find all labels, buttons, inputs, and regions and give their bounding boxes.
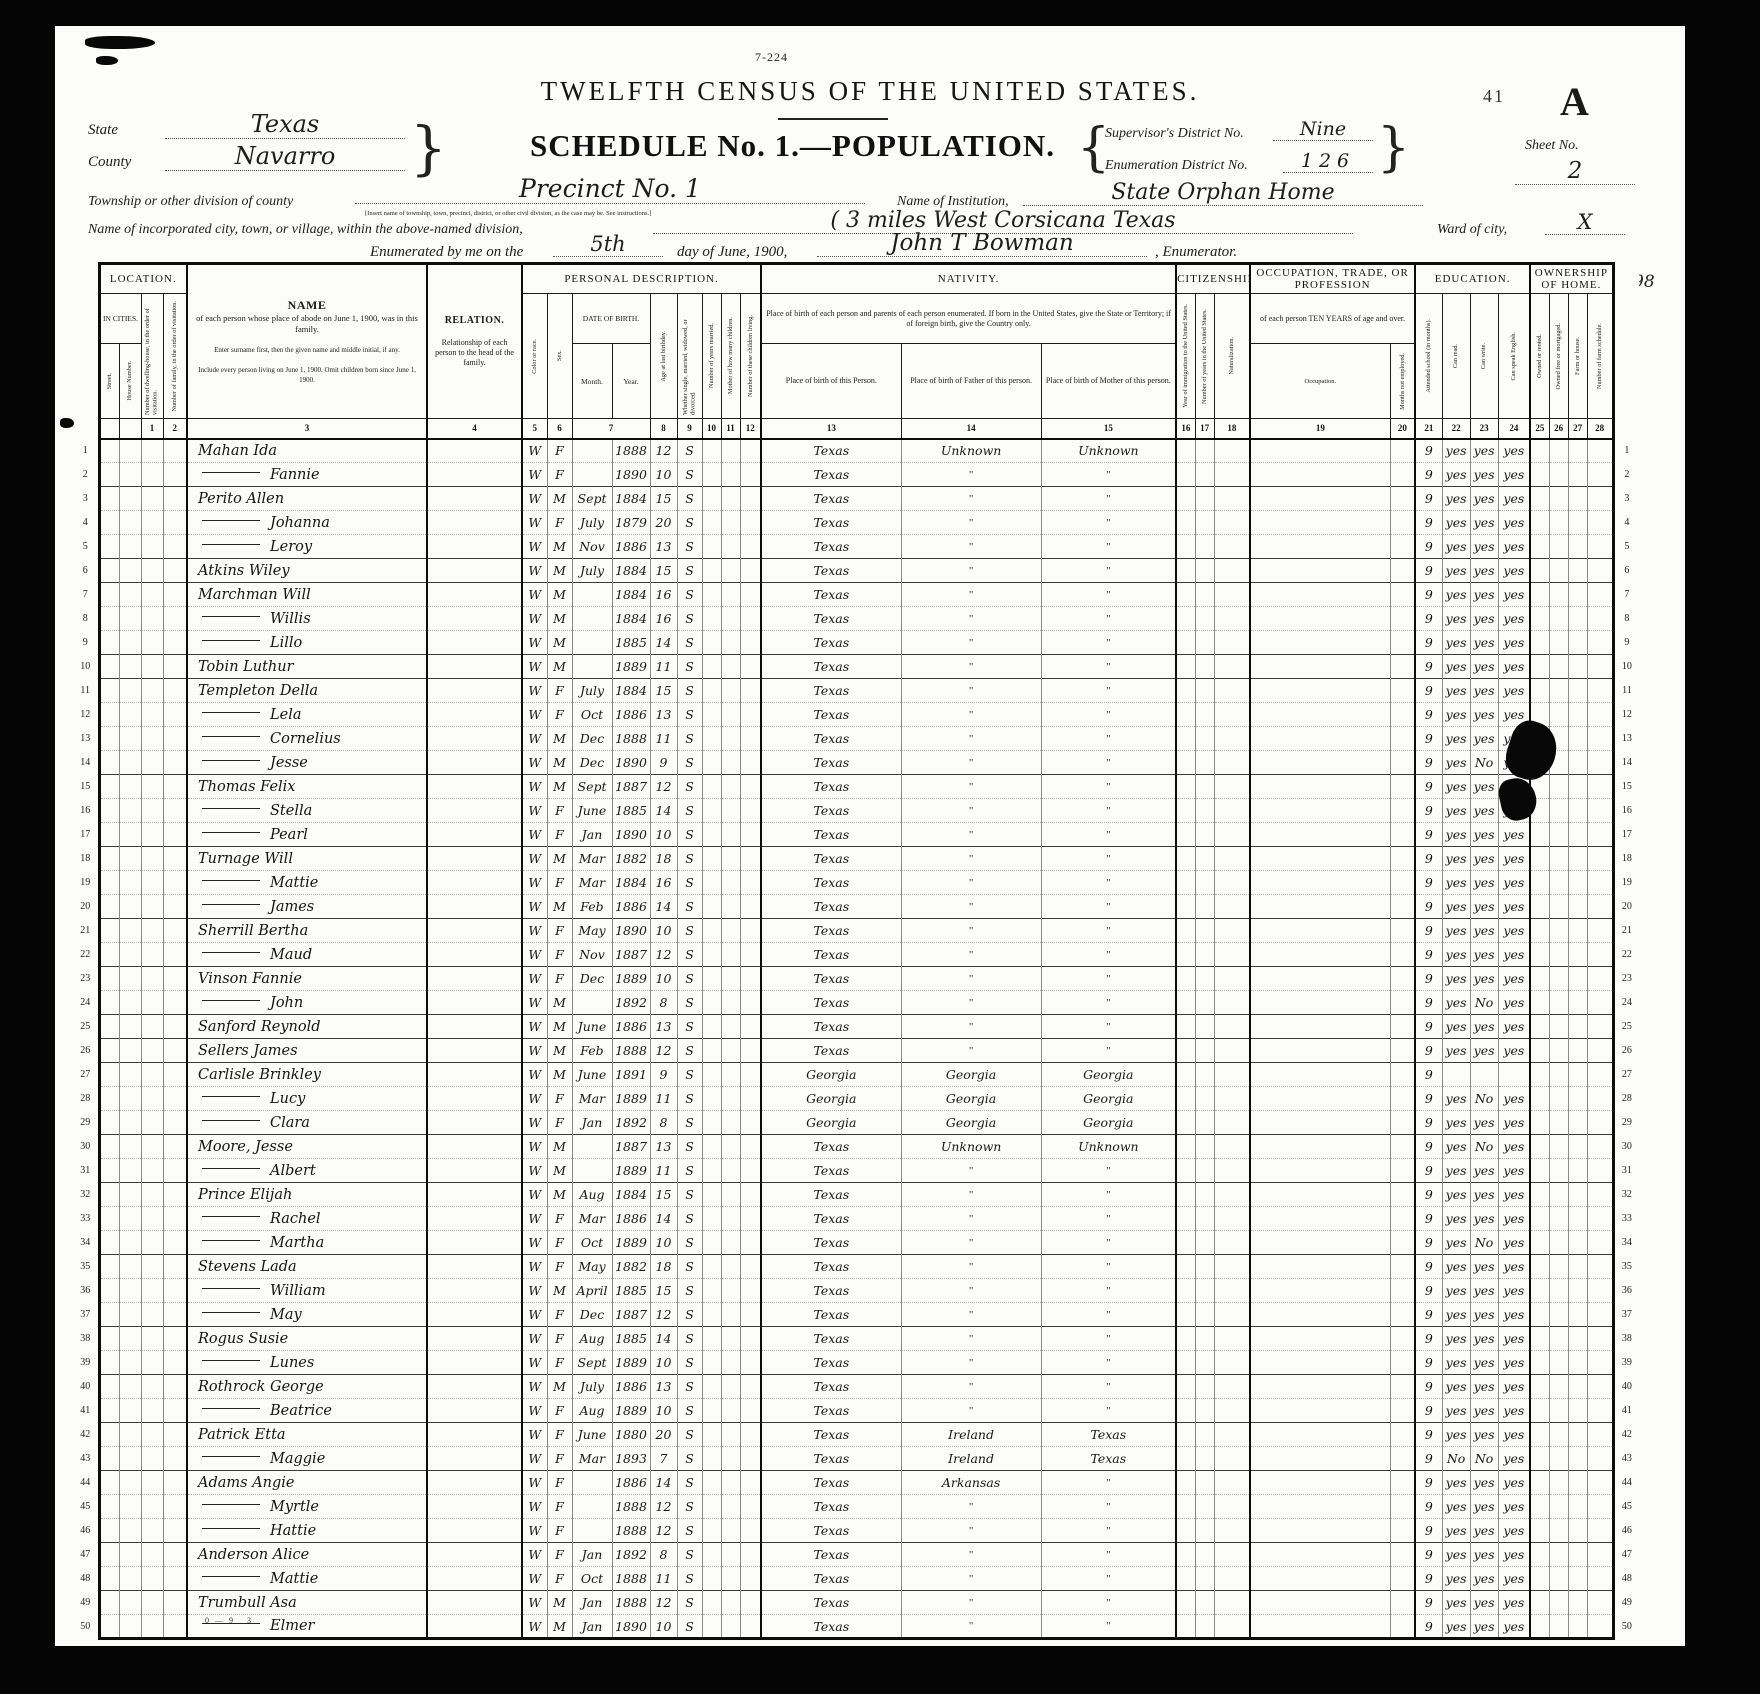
row-number-right: 32: [1613, 1183, 1639, 1207]
attended-school-cell: 9: [1415, 1543, 1442, 1567]
birthplace-person-cell: Texas: [761, 1135, 901, 1159]
marital-cell: S: [677, 1231, 702, 1255]
row-number-left: 44: [73, 1471, 99, 1495]
row-number-left: 20: [73, 895, 99, 919]
birthplace-person-cell: Texas: [761, 775, 901, 799]
supervisor-district-label: Supervisor's District No.: [1105, 126, 1244, 142]
house-number-cell: [119, 463, 141, 487]
farm-schedule-cell: [1587, 1567, 1613, 1591]
naturalization-cell: [1214, 1327, 1250, 1351]
owned-free-mortgaged-cell: [1549, 535, 1568, 559]
birthplace-mother-cell: ": [1041, 463, 1176, 487]
children-living-cell: [740, 1231, 761, 1255]
color-race-header: Color or race.: [522, 294, 547, 419]
relation-cell: [427, 1255, 522, 1279]
marital-cell: S: [677, 871, 702, 895]
same-surname-dash: [202, 616, 260, 618]
owned-rented-cell: [1530, 1543, 1549, 1567]
years-married-cell: [702, 919, 721, 943]
person-name: May: [270, 1307, 302, 1323]
birthplace-person-cell: Texas: [761, 919, 901, 943]
occupation-cell: [1250, 1519, 1390, 1543]
name-cell: William: [187, 1279, 427, 1303]
owned-free-mortgaged-cell: [1549, 967, 1568, 991]
dwelling-number-cell: [141, 775, 163, 799]
birth-month-cell: Mar: [572, 871, 612, 895]
years-in-us-cell: [1195, 1063, 1214, 1087]
row-number-left: 42: [73, 1423, 99, 1447]
can-read-cell: yes: [1442, 607, 1470, 631]
immigration-year-cell: [1176, 1591, 1195, 1615]
attended-school-cell: 9: [1415, 1495, 1442, 1519]
same-surname-dash: [202, 1504, 260, 1506]
immigration-year-cell: [1176, 1471, 1195, 1495]
family-number-cell: [163, 751, 187, 775]
relation-cell: [427, 871, 522, 895]
color-race-cell: W: [522, 895, 547, 919]
mother-children-cell: [721, 583, 740, 607]
naturalization-cell: [1214, 919, 1250, 943]
sex-cell: M: [547, 1135, 572, 1159]
sex-cell: M: [547, 1015, 572, 1039]
birthplace-mother-cell: ": [1041, 535, 1176, 559]
sex-cell: M: [547, 847, 572, 871]
birthplace-mother-cell: ": [1041, 1351, 1176, 1375]
birthplace-father-cell: ": [901, 919, 1041, 943]
row-number-right: 43: [1613, 1447, 1639, 1471]
birth-month-cell: July: [572, 511, 612, 535]
color-race-cell: W: [522, 487, 547, 511]
farm-schedule-cell: [1587, 1399, 1613, 1423]
owned-free-mortgaged-cell: [1549, 1495, 1568, 1519]
relation-cell: [427, 535, 522, 559]
attended-school-cell: 9: [1415, 1471, 1442, 1495]
can-read-cell: yes: [1442, 1543, 1470, 1567]
mother-children-cell: [721, 1087, 740, 1111]
farm-or-house-cell: [1568, 1207, 1587, 1231]
birthplace-person-cell: Texas: [761, 727, 901, 751]
row-number-right: 28: [1613, 1087, 1639, 1111]
months-not-employed-header: Months not employed.: [1390, 344, 1415, 419]
color-race-cell: W: [522, 631, 547, 655]
occupation-cell: [1250, 1423, 1390, 1447]
name-cell: Hattie: [187, 1519, 427, 1543]
owned-rented-cell: [1530, 1039, 1549, 1063]
house-number-cell: [119, 439, 141, 463]
can-write-cell: yes: [1470, 1543, 1498, 1567]
marital-cell: S: [677, 439, 702, 463]
same-surname-dash: [202, 1576, 260, 1578]
scan-artifact: [96, 56, 118, 65]
birth-year-cell: 1888: [612, 1519, 650, 1543]
owned-free-mortgaged-cell: [1549, 511, 1568, 535]
can-read-cell: yes: [1442, 727, 1470, 751]
months-not-employed-cell: [1390, 1231, 1415, 1255]
person-name: James: [270, 899, 314, 915]
census-row: 46HattieWF188812STexas""9yesyesyes46: [73, 1519, 1639, 1543]
years-married-cell: [702, 1063, 721, 1087]
owned-free-mortgaged-cell: [1549, 439, 1568, 463]
birthplace-person-cell: Georgia: [761, 1111, 901, 1135]
birth-year-cell: 1889: [612, 655, 650, 679]
owned-rented-cell: [1530, 1255, 1549, 1279]
farm-schedule-cell: [1587, 439, 1613, 463]
census-row: 26Sellers JamesWMFeb188812STexas""9yesye…: [73, 1039, 1639, 1063]
years-in-us-cell: [1195, 1471, 1214, 1495]
mother-children-cell: [721, 1423, 740, 1447]
birthplace-mother-cell: ": [1041, 751, 1176, 775]
naturalization-cell: [1214, 679, 1250, 703]
birthplace-mother-cell: ": [1041, 583, 1176, 607]
immigration-year-cell: [1176, 1519, 1195, 1543]
children-living-header: Number of these children living.: [740, 294, 761, 419]
immigration-year-cell: [1176, 1327, 1195, 1351]
speak-english-cell: yes: [1498, 1207, 1530, 1231]
birth-year-cell: 1884: [612, 583, 650, 607]
months-not-employed-cell: [1390, 439, 1415, 463]
birthplace-father-cell: ": [901, 679, 1041, 703]
years-married-cell: [702, 775, 721, 799]
months-not-employed-cell: [1390, 1135, 1415, 1159]
color-race-cell: W: [522, 991, 547, 1015]
relation-cell: [427, 895, 522, 919]
census-row: 49Trumbull AsaWMJan188812STexas""9yesyes…: [73, 1591, 1639, 1615]
children-living-cell: [740, 967, 761, 991]
row-number-left: 39: [73, 1351, 99, 1375]
years-in-us-cell: [1195, 1495, 1214, 1519]
years-in-us-cell: [1195, 583, 1214, 607]
relation-cell: [427, 775, 522, 799]
can-read-cell: yes: [1442, 511, 1470, 535]
children-living-cell: [740, 1111, 761, 1135]
dwelling-number-cell: [141, 1447, 163, 1471]
street-cell: [99, 487, 119, 511]
age-cell: 15: [650, 1279, 677, 1303]
owned-free-mortgaged-cell: [1549, 1351, 1568, 1375]
birthplace-person-cell: Texas: [761, 655, 901, 679]
street-cell: [99, 847, 119, 871]
birth-year-cell: 1888: [612, 1567, 650, 1591]
owned-free-mortgaged-cell: [1549, 1543, 1568, 1567]
dwelling-number-cell: [141, 1207, 163, 1231]
sex-cell: M: [547, 1591, 572, 1615]
children-living-cell: [740, 1183, 761, 1207]
owned-rented-cell: [1530, 679, 1549, 703]
age-cell: 12: [650, 775, 677, 799]
census-row: 37MayWFDec188712STexas""9yesyesyes37: [73, 1303, 1639, 1327]
sex-cell: F: [547, 799, 572, 823]
sex-cell: F: [547, 1399, 572, 1423]
row-number-left: 19: [73, 871, 99, 895]
street-cell: [99, 1279, 119, 1303]
age-cell: 10: [650, 1615, 677, 1639]
nativity-group-header: NATIVITY.: [761, 264, 1176, 294]
census-row: 18Turnage WillWMMar188218STexas""9yesyes…: [73, 847, 1639, 871]
same-surname-dash: [202, 1168, 260, 1170]
birthplace-person-cell: Texas: [761, 1159, 901, 1183]
birth-year-cell: 1888: [612, 727, 650, 751]
owned-free-mortgaged-cell: [1549, 1447, 1568, 1471]
birthplace-father-cell: Unknown: [901, 1135, 1041, 1159]
family-number-cell: [163, 1351, 187, 1375]
mother-children-cell: [721, 1471, 740, 1495]
owned-free-mortgaged-cell: [1549, 1111, 1568, 1135]
immigration-year-cell: [1176, 1447, 1195, 1471]
age-cell: 16: [650, 583, 677, 607]
age-cell: 10: [650, 1399, 677, 1423]
street-cell: [99, 1303, 119, 1327]
person-name: Stevens Lada: [198, 1259, 297, 1275]
row-number-left: 13: [73, 727, 99, 751]
birthplace-father-cell: ": [901, 943, 1041, 967]
color-race-cell: W: [522, 439, 547, 463]
years-married-cell: [702, 487, 721, 511]
years-married-cell: [702, 799, 721, 823]
sex-cell: M: [547, 775, 572, 799]
row-number-left: 31: [73, 1159, 99, 1183]
same-surname-dash: [202, 712, 260, 714]
immigration-year-cell: [1176, 823, 1195, 847]
farm-or-house-cell: [1568, 679, 1587, 703]
birthplace-person-cell: Texas: [761, 1375, 901, 1399]
birth-year-header: Year.: [612, 344, 650, 419]
birthplace-mother-cell: ": [1041, 1327, 1176, 1351]
years-in-us-cell: [1195, 1591, 1214, 1615]
can-write-cell: yes: [1470, 607, 1498, 631]
house-number-cell: [119, 1159, 141, 1183]
name-cell: Marchman Will: [187, 583, 427, 607]
can-read-cell: No: [1442, 1447, 1470, 1471]
dwelling-number-cell: [141, 727, 163, 751]
family-number-cell: [163, 1231, 187, 1255]
years-married-cell: [702, 631, 721, 655]
occupation-cell: [1250, 1135, 1390, 1159]
birthplace-mother-cell: ": [1041, 559, 1176, 583]
attended-school-cell: 9: [1415, 1399, 1442, 1423]
years-married-cell: [702, 1375, 721, 1399]
dwelling-number-cell: [141, 919, 163, 943]
house-number-cell: [119, 679, 141, 703]
name-cell: Thomas Felix: [187, 775, 427, 799]
marital-cell: S: [677, 1087, 702, 1111]
same-surname-dash: [202, 1528, 260, 1530]
speak-english-cell: yes: [1498, 943, 1530, 967]
farm-schedule-cell: [1587, 1231, 1613, 1255]
street-cell: [99, 559, 119, 583]
row-number-left: 2: [73, 463, 99, 487]
dwelling-number-cell: [141, 439, 163, 463]
speak-english-cell: yes: [1498, 1567, 1530, 1591]
occupation-cell: [1250, 1039, 1390, 1063]
can-write-cell: yes: [1470, 799, 1498, 823]
owned-free-mortgaged-cell: [1549, 1135, 1568, 1159]
months-not-employed-cell: [1390, 1495, 1415, 1519]
birth-month-cell: Mar: [572, 847, 612, 871]
farm-or-house-cell: [1568, 1399, 1587, 1423]
can-write-header: Can write.: [1470, 294, 1498, 419]
person-name: Thomas Felix: [198, 779, 296, 795]
farm-schedule-cell: [1587, 1519, 1613, 1543]
dwelling-number-cell: [141, 847, 163, 871]
relation-cell: [427, 943, 522, 967]
census-row: 29ClaraWFJan18928SGeorgiaGeorgiaGeorgia9…: [73, 1111, 1639, 1135]
age-cell: 11: [650, 1567, 677, 1591]
relation-cell: [427, 751, 522, 775]
name-cell: Tobin Luthur: [187, 655, 427, 679]
dwelling-number-cell: [141, 1591, 163, 1615]
birth-month-cell: Mar: [572, 1207, 612, 1231]
farm-schedule-cell: [1587, 463, 1613, 487]
title-divider: [778, 118, 888, 120]
name-cell: Vinson Fannie: [187, 967, 427, 991]
color-race-cell: W: [522, 1399, 547, 1423]
street-cell: [99, 1351, 119, 1375]
mother-children-cell: [721, 1255, 740, 1279]
years-married-cell: [702, 823, 721, 847]
census-title: TWELFTH CENSUS OF THE UNITED STATES.: [55, 76, 1685, 107]
children-living-cell: [740, 919, 761, 943]
birthplace-mother-cell: ": [1041, 1591, 1176, 1615]
state-value: Texas: [165, 110, 405, 139]
mother-children-header: Mother of how many children.: [721, 294, 740, 419]
color-race-cell: W: [522, 1231, 547, 1255]
farm-schedule-cell: [1587, 847, 1613, 871]
years-married-cell: [702, 1159, 721, 1183]
children-living-cell: [740, 679, 761, 703]
owned-rented-cell: [1530, 1231, 1549, 1255]
can-read-cell: yes: [1442, 655, 1470, 679]
color-race-cell: W: [522, 1063, 547, 1087]
attended-school-cell: 9: [1415, 919, 1442, 943]
color-race-cell: W: [522, 775, 547, 799]
birth-year-cell: 1888: [612, 439, 650, 463]
mother-children-cell: [721, 1543, 740, 1567]
months-not-employed-cell: [1390, 1015, 1415, 1039]
can-write-cell: No: [1470, 751, 1498, 775]
farm-or-house-cell: [1568, 1447, 1587, 1471]
farm-or-house-cell: [1568, 1495, 1587, 1519]
can-write-cell: yes: [1470, 679, 1498, 703]
row-number-right: 44: [1613, 1471, 1639, 1495]
birth-month-cell: June: [572, 1063, 612, 1087]
attended-school-cell: 9: [1415, 823, 1442, 847]
color-race-cell: W: [522, 967, 547, 991]
owned-rented-cell: [1530, 1303, 1549, 1327]
family-number-cell: [163, 1279, 187, 1303]
attended-school-cell: 9: [1415, 1111, 1442, 1135]
can-read-cell: yes: [1442, 823, 1470, 847]
months-not-employed-cell: [1390, 1447, 1415, 1471]
paper-sheet: 7-224 TWELFTH CENSUS OF THE UNITED STATE…: [55, 26, 1685, 1646]
occupation-cell: [1250, 1543, 1390, 1567]
birthplace-mother-cell: ": [1041, 703, 1176, 727]
can-read-cell: yes: [1442, 1399, 1470, 1423]
color-race-cell: W: [522, 511, 547, 535]
birthplace-mother-cell: ": [1041, 823, 1176, 847]
years-married-cell: [702, 559, 721, 583]
census-row: 9LilloWM188514STexas""9yesyesyes9: [73, 631, 1639, 655]
left-margin-header: [73, 264, 99, 439]
row-number-right: 35: [1613, 1255, 1639, 1279]
owned-free-mortgaged-cell: [1549, 487, 1568, 511]
birthplace-father-cell: Unknown: [901, 439, 1041, 463]
farm-schedule-cell: [1587, 1447, 1613, 1471]
census-row: 5LeroyWMNov188613STexas""9yesyesyes5: [73, 535, 1639, 559]
sex-cell: F: [547, 1327, 572, 1351]
owned-rented-cell: [1530, 463, 1549, 487]
birthplace-father-cell: ": [901, 1159, 1041, 1183]
family-number-cell: [163, 1375, 187, 1399]
speak-english-cell: yes: [1498, 847, 1530, 871]
name-cell: Stella: [187, 799, 427, 823]
farm-schedule-cell: [1587, 1087, 1613, 1111]
birthplace-father-cell: ": [901, 1039, 1041, 1063]
speak-english-cell: yes: [1498, 535, 1530, 559]
family-number-cell: [163, 1183, 187, 1207]
dwelling-number-cell: [141, 823, 163, 847]
mother-children-cell: [721, 1135, 740, 1159]
owned-free-mortgaged-cell: [1549, 1087, 1568, 1111]
sex-cell: F: [547, 679, 572, 703]
row-number-right: 30: [1613, 1135, 1639, 1159]
birthplace-father-cell: ": [901, 1399, 1041, 1423]
census-row: 41BeatriceWFAug188910STexas""9yesyesyes4…: [73, 1399, 1639, 1423]
row-number-right: 37: [1613, 1303, 1639, 1327]
children-living-cell: [740, 463, 761, 487]
owned-rented-cell: [1530, 1567, 1549, 1591]
can-write-cell: yes: [1470, 1375, 1498, 1399]
can-read-cell: yes: [1442, 1015, 1470, 1039]
birthplace-person-cell: Texas: [761, 463, 901, 487]
birthplace-mother-cell: ": [1041, 1231, 1176, 1255]
sex-cell: F: [547, 1495, 572, 1519]
children-living-cell: [740, 751, 761, 775]
owned-rented-cell: [1530, 511, 1549, 535]
birthplace-father-cell: ": [901, 1519, 1041, 1543]
immigration-year-cell: [1176, 1015, 1195, 1039]
owned-free-mortgaged-cell: [1549, 559, 1568, 583]
attended-school-cell: 9: [1415, 559, 1442, 583]
farm-schedule-cell: [1587, 919, 1613, 943]
person-name: Martha: [270, 1235, 324, 1251]
naturalization-cell: [1214, 1375, 1250, 1399]
sex-cell: F: [547, 1087, 572, 1111]
farm-schedule-cell: [1587, 1039, 1613, 1063]
occupation-cell: [1250, 1327, 1390, 1351]
row-number-right: 47: [1613, 1543, 1639, 1567]
person-name: Hattie: [270, 1523, 316, 1539]
person-name: Marchman Will: [198, 587, 311, 603]
birth-month-cell: Jan: [572, 1543, 612, 1567]
row-number-left: 6: [73, 559, 99, 583]
owned-free-mortgaged-cell: [1549, 1303, 1568, 1327]
dwelling-number-header: Number of dwelling-house, in the order o…: [141, 294, 163, 419]
can-read-cell: yes: [1442, 751, 1470, 775]
farm-schedule-cell: [1587, 1351, 1613, 1375]
speak-english-cell: yes: [1498, 919, 1530, 943]
speak-english-cell: yes: [1498, 1423, 1530, 1447]
census-row: 19MattieWFMar188416STexas""9yesyesyes19: [73, 871, 1639, 895]
census-row: 2FannieWF189010STexas""9yesyesyes2: [73, 463, 1639, 487]
owned-free-mortgaged-cell: [1549, 1183, 1568, 1207]
family-number-cell: [163, 1063, 187, 1087]
age-cell: 12: [650, 1303, 677, 1327]
census-row: 42Patrick EttaWFJune188020STexasIrelandT…: [73, 1423, 1639, 1447]
children-living-cell: [740, 799, 761, 823]
can-read-cell: yes: [1442, 487, 1470, 511]
state-label: State: [88, 122, 118, 139]
row-number-right: 1: [1613, 439, 1639, 463]
